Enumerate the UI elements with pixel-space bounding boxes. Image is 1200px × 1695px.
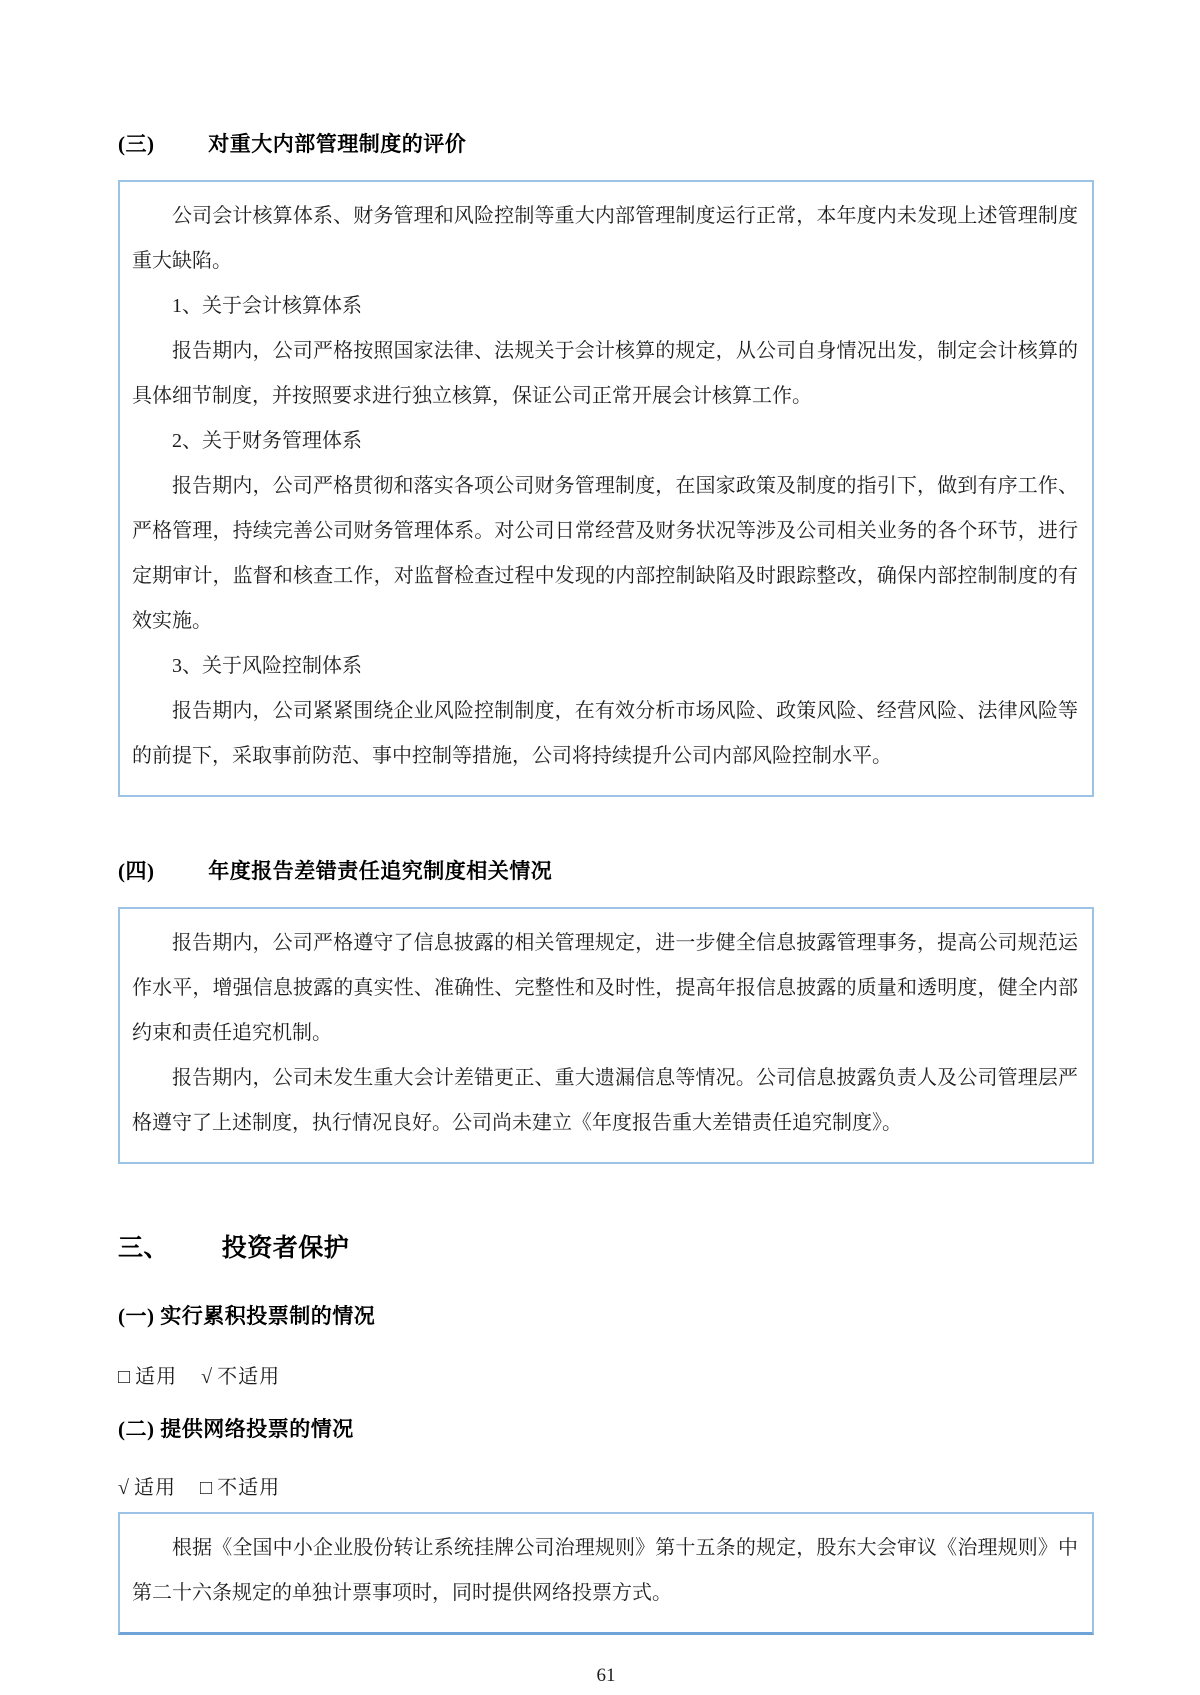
section-number: (四): [118, 855, 155, 885]
document-page: (三) 对重大内部管理制度的评价 公司会计核算体系、财务管理和风险控制等重大内部…: [0, 0, 1200, 1695]
checkmark-icon: √: [201, 1366, 213, 1389]
paragraph: 3、关于风险控制体系: [132, 644, 1078, 689]
error-accountability-text-box: 报告期内，公司严格遵守了信息披露的相关管理规定，进一步健全信息披露管理事务，提高…: [118, 907, 1094, 1164]
internal-control-text-box: 公司会计核算体系、财务管理和风险控制等重大内部管理制度运行正常，本年度内未发现上…: [118, 180, 1094, 797]
section-heading-internal-control: (三) 对重大内部管理制度的评价: [118, 128, 1094, 158]
paragraph: 2、关于财务管理体系: [132, 419, 1078, 464]
option-applicable: □适用: [118, 1360, 177, 1389]
option-label: 不适用: [217, 1366, 280, 1388]
paragraph: 报告期内，公司未发生重大会计差错更正、重大遗漏信息等情况。公司信息披露负责人及公…: [132, 1056, 1078, 1146]
section-title: 对重大内部管理制度的评价: [208, 128, 466, 158]
paragraph: 报告期内，公司紧紧围绕企业风险控制制度，在有效分析市场风险、政策风险、经营风险、…: [132, 689, 1078, 779]
chapter-number: 三、: [118, 1228, 169, 1264]
chapter-title: 投资者保护: [222, 1228, 350, 1264]
cumulative-voting-options: □适用 √不适用: [118, 1360, 1094, 1389]
option-label: 适用: [134, 1477, 176, 1499]
paragraph: 报告期内，公司严格贯彻和落实各项公司财务管理制度，在国家政策及制度的指引下，做到…: [132, 464, 1078, 644]
online-voting-text-box: 根据《全国中小企业股份转让系统挂牌公司治理规则》第十五条的规定，股东大会审议《治…: [118, 1512, 1094, 1635]
paragraph: 根据《全国中小企业股份转让系统挂牌公司治理规则》第十五条的规定，股东大会审议《治…: [132, 1526, 1078, 1616]
option-label: 不适用: [217, 1477, 280, 1499]
section-number: (三): [118, 128, 155, 158]
section-title: 年度报告差错责任追究制度相关情况: [208, 855, 552, 885]
option-not-applicable: □不适用: [200, 1471, 280, 1500]
page-number: 61: [118, 1665, 1094, 1687]
option-label: 适用: [135, 1366, 177, 1388]
checkbox-unchecked-icon: □: [200, 1477, 213, 1500]
paragraph: 公司会计核算体系、财务管理和风险控制等重大内部管理制度运行正常，本年度内未发现上…: [132, 194, 1078, 284]
subsection-heading-cumulative-voting: (一) 实行累积投票制的情况: [118, 1300, 1094, 1330]
chapter-heading-investor-protection: 三、 投资者保护: [118, 1228, 1094, 1264]
section-heading-error-accountability: (四) 年度报告差错责任追究制度相关情况: [118, 855, 1094, 885]
subsection-heading-online-voting: (二) 提供网络投票的情况: [118, 1413, 1094, 1443]
checkbox-unchecked-icon: □: [118, 1366, 131, 1389]
option-applicable: √适用: [118, 1471, 176, 1500]
checkmark-icon: √: [118, 1477, 130, 1500]
paragraph: 报告期内，公司严格按照国家法律、法规关于会计核算的规定，从公司自身情况出发，制定…: [132, 329, 1078, 419]
paragraph: 1、关于会计核算体系: [132, 284, 1078, 329]
online-voting-options: √适用 □不适用: [118, 1471, 1094, 1500]
paragraph: 报告期内，公司严格遵守了信息披露的相关管理规定，进一步健全信息披露管理事务，提高…: [132, 921, 1078, 1056]
option-not-applicable: √不适用: [201, 1360, 280, 1389]
